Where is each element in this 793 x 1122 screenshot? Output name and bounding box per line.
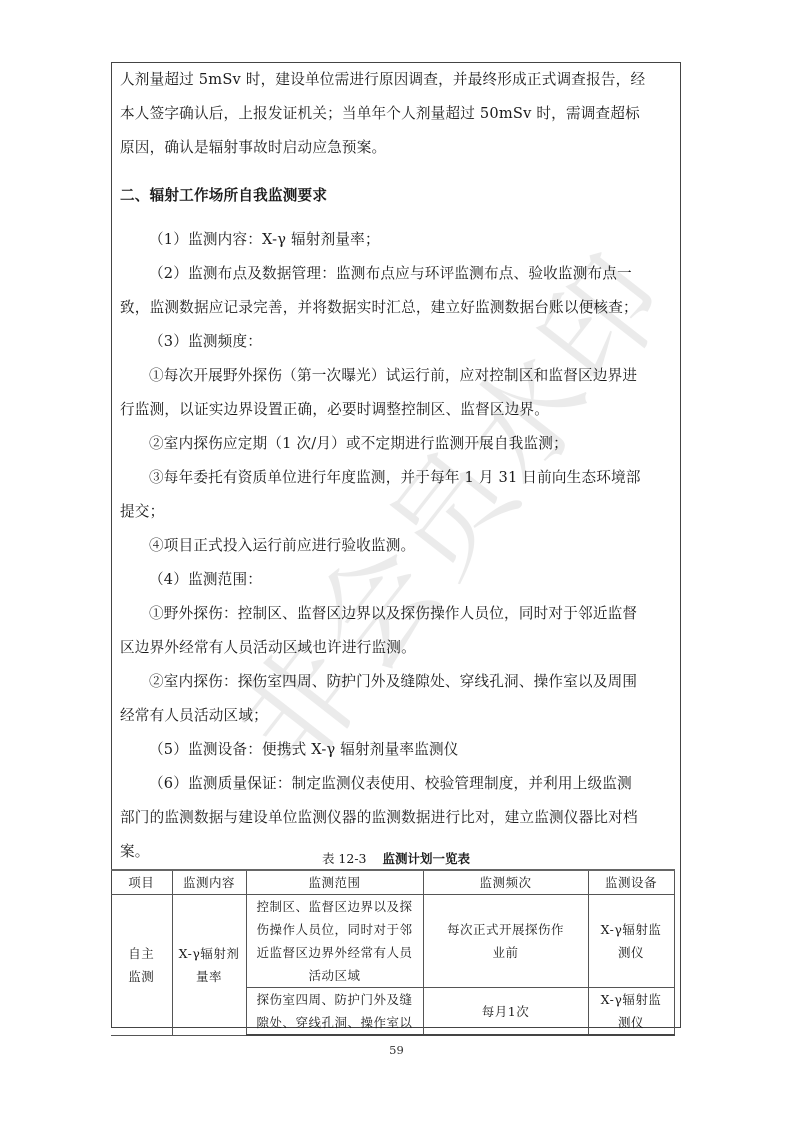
- document-body: 人剂量超过 5mSv 时，建设单位需进行原因调查，并最终形成正式调查报告，经 本…: [120, 63, 672, 869]
- header-content: 监测内容: [172, 870, 246, 895]
- paragraph-line: 经常有人员活动区域；: [120, 699, 672, 733]
- monitoring-content-line: （1）监测内容：X-γ 辐射剂量率；: [120, 223, 672, 257]
- section-body: （1）监测内容：X-γ 辐射剂量率； （2）监测布点及数据管理：监测布点应与环评…: [120, 223, 672, 869]
- table-caption: 表 12-3监测计划一览表: [112, 851, 680, 867]
- cell-equipment: X-γ辐射监测仪: [588, 988, 674, 1036]
- paragraph-line: 本人签字确认后，上报发证机关；当单年个人剂量超过 50mSv 时，需调查超标: [120, 97, 672, 131]
- cell-item: 自主监测: [111, 895, 172, 1036]
- paragraph-line: ③每年委托有资质单位进行年度监测，并于每年 1 月 31 日前向生态环境部: [120, 461, 672, 495]
- paragraph-line: 部门的监测数据与建设单位监测仪器的监测数据进行比对，建立监测仪器比对档: [120, 801, 672, 835]
- quality-assurance-line: （6）监测质量保证：制定监测仪表使用、校验管理制度，并利用上级监测: [120, 767, 672, 801]
- header-equipment: 监测设备: [588, 870, 674, 895]
- monitoring-scope-line: （4）监测范围：: [120, 563, 672, 597]
- monitoring-plan-table: 项目 监测内容 监测范围 监测频次 监测设备 自主监测 X-γ辐射剂量率 控制区…: [111, 869, 675, 1036]
- paragraph-line: 原因，确认是辐射事故时启动应急预案。: [120, 131, 672, 165]
- table-caption-number: 表 12-3: [322, 851, 367, 866]
- paragraph-line: 提交；: [120, 495, 672, 529]
- header-item: 项目: [111, 870, 172, 895]
- page-number: 59: [0, 1043, 793, 1057]
- document-frame: 人剂量超过 5mSv 时，建设单位需进行原因调查，并最终形成正式调查报告，经 本…: [111, 62, 681, 1028]
- paragraph-line: 致，监测数据应记录完善，并将数据实时汇总，建立好监测数据台账以便核查；: [120, 291, 672, 325]
- section-heading: 二、辐射工作场所自我监测要求: [120, 179, 672, 213]
- monitoring-frequency-line: （3）监测频度：: [120, 325, 672, 359]
- header-frequency: 监测频次: [423, 870, 588, 895]
- monitoring-equipment-line: （5）监测设备：便携式 X-γ 辐射剂量率监测仪: [120, 733, 672, 767]
- paragraph-line: ②室内探伤应定期（1 次/月）或不定期进行监测开展自我监测；: [120, 427, 672, 461]
- cell-scope: 探伤室四周、防护门外及缝隙处、穿线孔洞、操作室以: [246, 988, 423, 1036]
- paragraph-line: ①每次开展野外探伤（第一次曝光）试运行前，应对控制区和监督区边界进: [120, 359, 672, 393]
- cell-equipment: X-γ辐射监测仪: [588, 895, 674, 988]
- paragraph-line: 人剂量超过 5mSv 时，建设单位需进行原因调查，并最终形成正式调查报告，经: [120, 63, 672, 97]
- cell-content: X-γ辐射剂量率: [172, 895, 246, 1036]
- paragraph-line: 行监测，以证实边界设置正确，必要时调整控制区、监督区边界。: [120, 393, 672, 427]
- monitoring-layout-line: （2）监测布点及数据管理：监测布点应与环评监测布点、验收监测布点一: [120, 257, 672, 291]
- cell-frequency: 每次正式开展探伤作业前: [423, 895, 588, 988]
- paragraph-line: ①野外探伤：控制区、监督区边界以及探伤操作人员位，同时对于邻近监督: [120, 597, 672, 631]
- paragraph-line: 区边界外经常有人员活动区域也许进行监测。: [120, 631, 672, 665]
- cell-frequency: 每月1次: [423, 988, 588, 1036]
- table-row: 自主监测 X-γ辐射剂量率 控制区、监督区边界以及探伤操作人员位，同时对于邻近监…: [111, 895, 674, 988]
- header-scope: 监测范围: [246, 870, 423, 895]
- cell-scope: 控制区、监督区边界以及探伤操作人员位，同时对于邻近监督区边界外经常有人员活动区域: [246, 895, 423, 988]
- paragraph-line: ②室内探伤：探伤室四周、防护门外及缝隙处、穿线孔洞、操作室以及周围: [120, 665, 672, 699]
- table-caption-title: 监测计划一览表: [383, 851, 471, 866]
- table-header-row: 项目 监测内容 监测范围 监测频次 监测设备: [111, 870, 674, 895]
- paragraph-line: ④项目正式投入运行前应进行验收监测。: [120, 529, 672, 563]
